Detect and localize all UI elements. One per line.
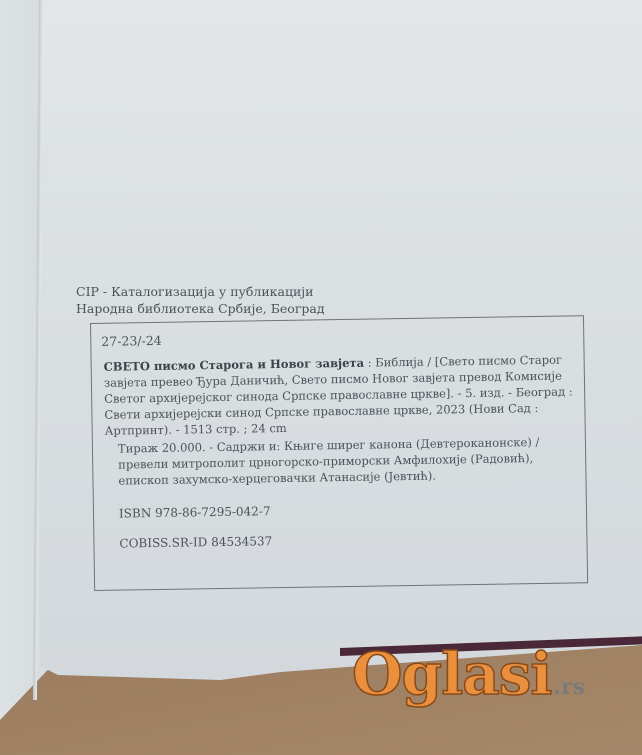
udc-number: 27-23/-24 — [101, 333, 162, 349]
cobiss-id: COBISS.SR-ID 84534537 — [119, 534, 272, 550]
edition-notes: Тираж 20.000. - Садржи и: Књиге ширег ка… — [118, 433, 574, 488]
cip-record-box: 27-23/-24 СВЕТО писмо Старога и Новог за… — [90, 315, 588, 591]
cip-header: CIP - Каталогизација у публикацији Народ… — [76, 283, 325, 317]
watermark-logo-text: Oglasi — [352, 640, 551, 708]
cip-header-line2: Народна библиотека Србије, Београд — [76, 300, 325, 317]
watermark-tld: .rs — [553, 674, 585, 700]
cip-header-line1: CIP - Каталогизација у публикацији — [76, 283, 325, 300]
oglasi-watermark: Oglasi .rs — [352, 640, 585, 708]
isbn: ISBN 978-86-7295-042-7 — [119, 504, 271, 520]
bibliographic-description: СВЕТО писмо Старога и Новог завјета : Би… — [104, 351, 575, 438]
book-title: СВЕТО писмо Старога и Новог завјета — [104, 356, 365, 374]
